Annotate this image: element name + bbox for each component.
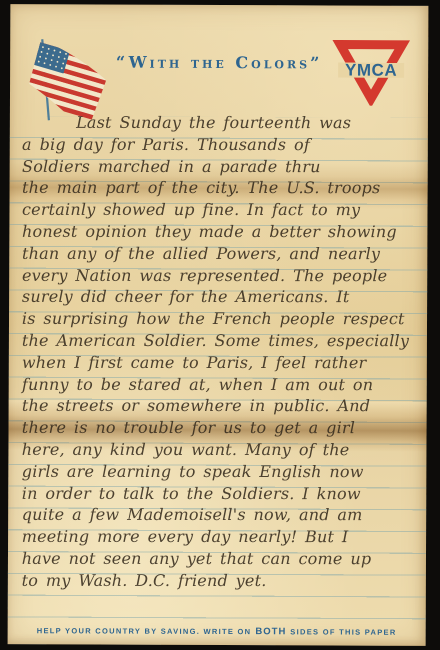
letter-line: girls are learning to speak English now xyxy=(22,461,418,483)
letter-line: here, any kind you want. Many of the xyxy=(22,439,418,461)
letter-line: to my Wash. D.C. friend yet. xyxy=(22,570,418,592)
footer-bold-word: BOTH xyxy=(255,626,286,637)
letter-line: Soldiers marched in a parade thru xyxy=(22,155,418,177)
letter-line: is surprising how the French people resp… xyxy=(22,308,418,330)
us-flag-icon xyxy=(16,30,116,122)
letter-line: every Nation was represented. The people xyxy=(22,264,418,286)
letter-line: honest opinion they made a better showin… xyxy=(22,221,418,243)
footer-text-before: HELP YOUR COUNTRY BY SAVING. WRITE ON xyxy=(37,626,252,636)
letter-line: quite a few Mademoisell's now, and am xyxy=(22,504,418,526)
letter-line: in order to talk to the Soldiers. I know xyxy=(22,482,418,504)
letter-line: certainly showed up fine. In fact to my xyxy=(22,199,418,221)
ymca-logo: YMCA xyxy=(332,37,410,105)
ymca-logo-text: YMCA xyxy=(345,61,397,80)
letter-line: surely did cheer for the Americans. It xyxy=(22,286,418,308)
letter-line: the main part of the city. The U.S. troo… xyxy=(22,177,418,199)
letter-paper-sheet: “With the Colors” YMCA Last Sunday the f… xyxy=(8,4,429,646)
letter-line: than any of the allied Powers, and nearl… xyxy=(22,243,418,265)
letter-body: Last Sunday the fourteenth was a big day… xyxy=(22,112,418,592)
letter-line: meeting more every day nearly! But I xyxy=(22,526,418,548)
letter-line: the streets or somewhere in public. And xyxy=(22,395,418,417)
letter-line: Last Sunday the fourteenth was xyxy=(22,112,418,134)
letter-line: the American Soldier. Some times, especi… xyxy=(22,330,418,352)
letter-line: there is no trouble for us to get a girl xyxy=(22,417,418,439)
letter-line: have not seen any yet that can come up xyxy=(22,548,418,570)
letter-line: when I first came to Paris, I feel rathe… xyxy=(22,352,418,374)
footer-slogan: HELP YOUR COUNTRY BY SAVING. WRITE ONBOT… xyxy=(8,625,426,638)
footer-text-after: SIDES OF THIS PAPER xyxy=(290,627,396,636)
letter-line: funny to be stared at, when I am out on xyxy=(22,373,418,395)
letter-line: a big day for Paris. Thousands of xyxy=(22,134,418,156)
